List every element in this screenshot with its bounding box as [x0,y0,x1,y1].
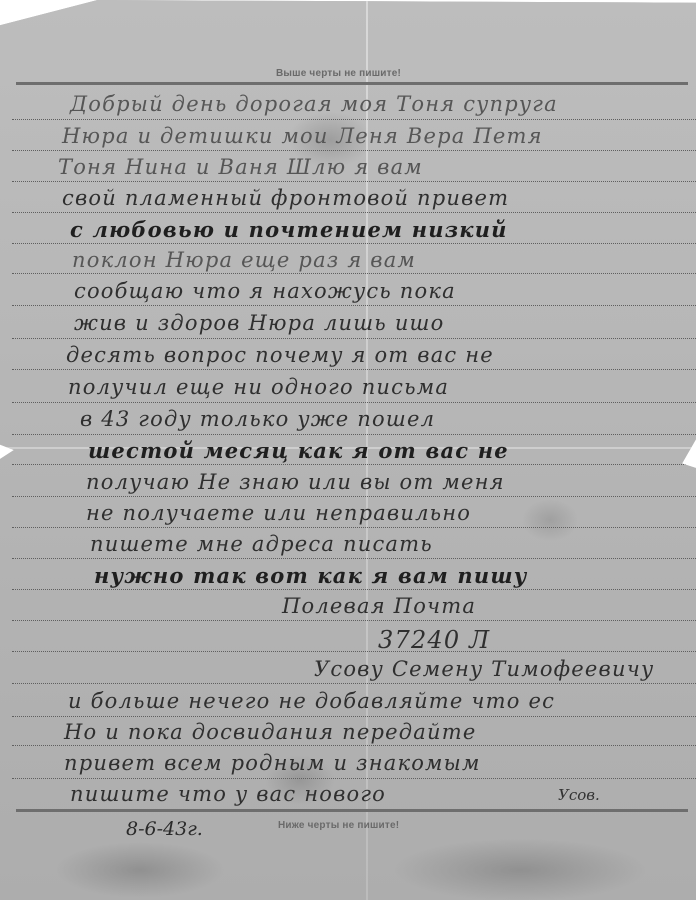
letter-line: нужно так вот как я вам пишу [94,563,528,588]
ruled-line [12,402,696,403]
ruled-line [12,745,696,746]
letter-line: привет всем родным и знакомым [64,751,481,775]
letter-line: и больше нечего не добавляйте что ес [68,689,555,713]
ruled-line [12,243,696,244]
letter-line: поклон Нюра еще раз я вам [72,248,416,272]
addressee-name: Усову Семену Тимофеевичу [314,657,654,681]
letter-line: Но и пока досвидания передайте [64,720,476,744]
field-post-number: 37240 Л [378,626,490,654]
ruled-line [12,212,696,213]
letter-date: 8-6-43г. [126,818,203,840]
field-post-label: Полевая Почта [282,594,476,618]
letter-line: получил еще ни одного письма [68,375,449,399]
letter-line: свой пламенный фронтовой привет [62,186,509,210]
signature: Усов. [558,786,600,804]
ruled-line [12,683,696,684]
letter-line: в 43 году только уже пошел [80,407,435,431]
letter-page: Выше черты не пишите! Добрый день дорога… [0,0,696,900]
ruled-line [12,589,696,590]
ruled-line [12,558,696,559]
printed-header-note: Выше черты не пишите! [276,68,401,79]
printed-footer-note: Ниже черты не пишите! [278,820,399,831]
letter-line: жив и здоров Нюра лишь ишо [74,311,444,335]
letter-line: сообщаю что я нахожусь пока [74,279,456,303]
ruled-line [12,778,696,779]
letter-line: получаю Не знаю или вы от меня [86,470,505,494]
ruled-line [12,150,696,151]
letter-line: пишете мне адреса писать [90,532,433,556]
bottom-solid-rule [16,809,688,812]
letter-line: не получаете или неправильно [86,501,471,525]
letter-line: Добрый день дорогая моя Тоня супруга [70,92,558,116]
letter-line: десять вопрос почему я от вас не [66,343,494,367]
ruled-line [12,119,696,120]
ruled-line [12,434,696,435]
ruled-line [12,716,696,717]
ruled-line [12,338,696,339]
ruled-line [12,181,696,182]
letter-line: шестой месяц как я от вас не [88,438,509,463]
letter-line: пишите что у вас нового [70,782,386,806]
ruled-line [12,651,696,652]
letter-line: Нюра и детишки мои Леня Вера Петя [62,124,543,148]
ruled-line [12,464,696,465]
letter-line: Тоня Нина и Ваня Шлю я вам [58,155,423,179]
ruled-line [12,496,696,497]
ruled-line [12,369,696,370]
ruled-line [12,305,696,306]
letter-line: с любовью и почтением низкий [70,217,508,242]
ruled-line [12,527,696,528]
ruled-line [12,273,696,274]
ruled-line [12,620,696,621]
top-solid-rule [16,82,688,85]
